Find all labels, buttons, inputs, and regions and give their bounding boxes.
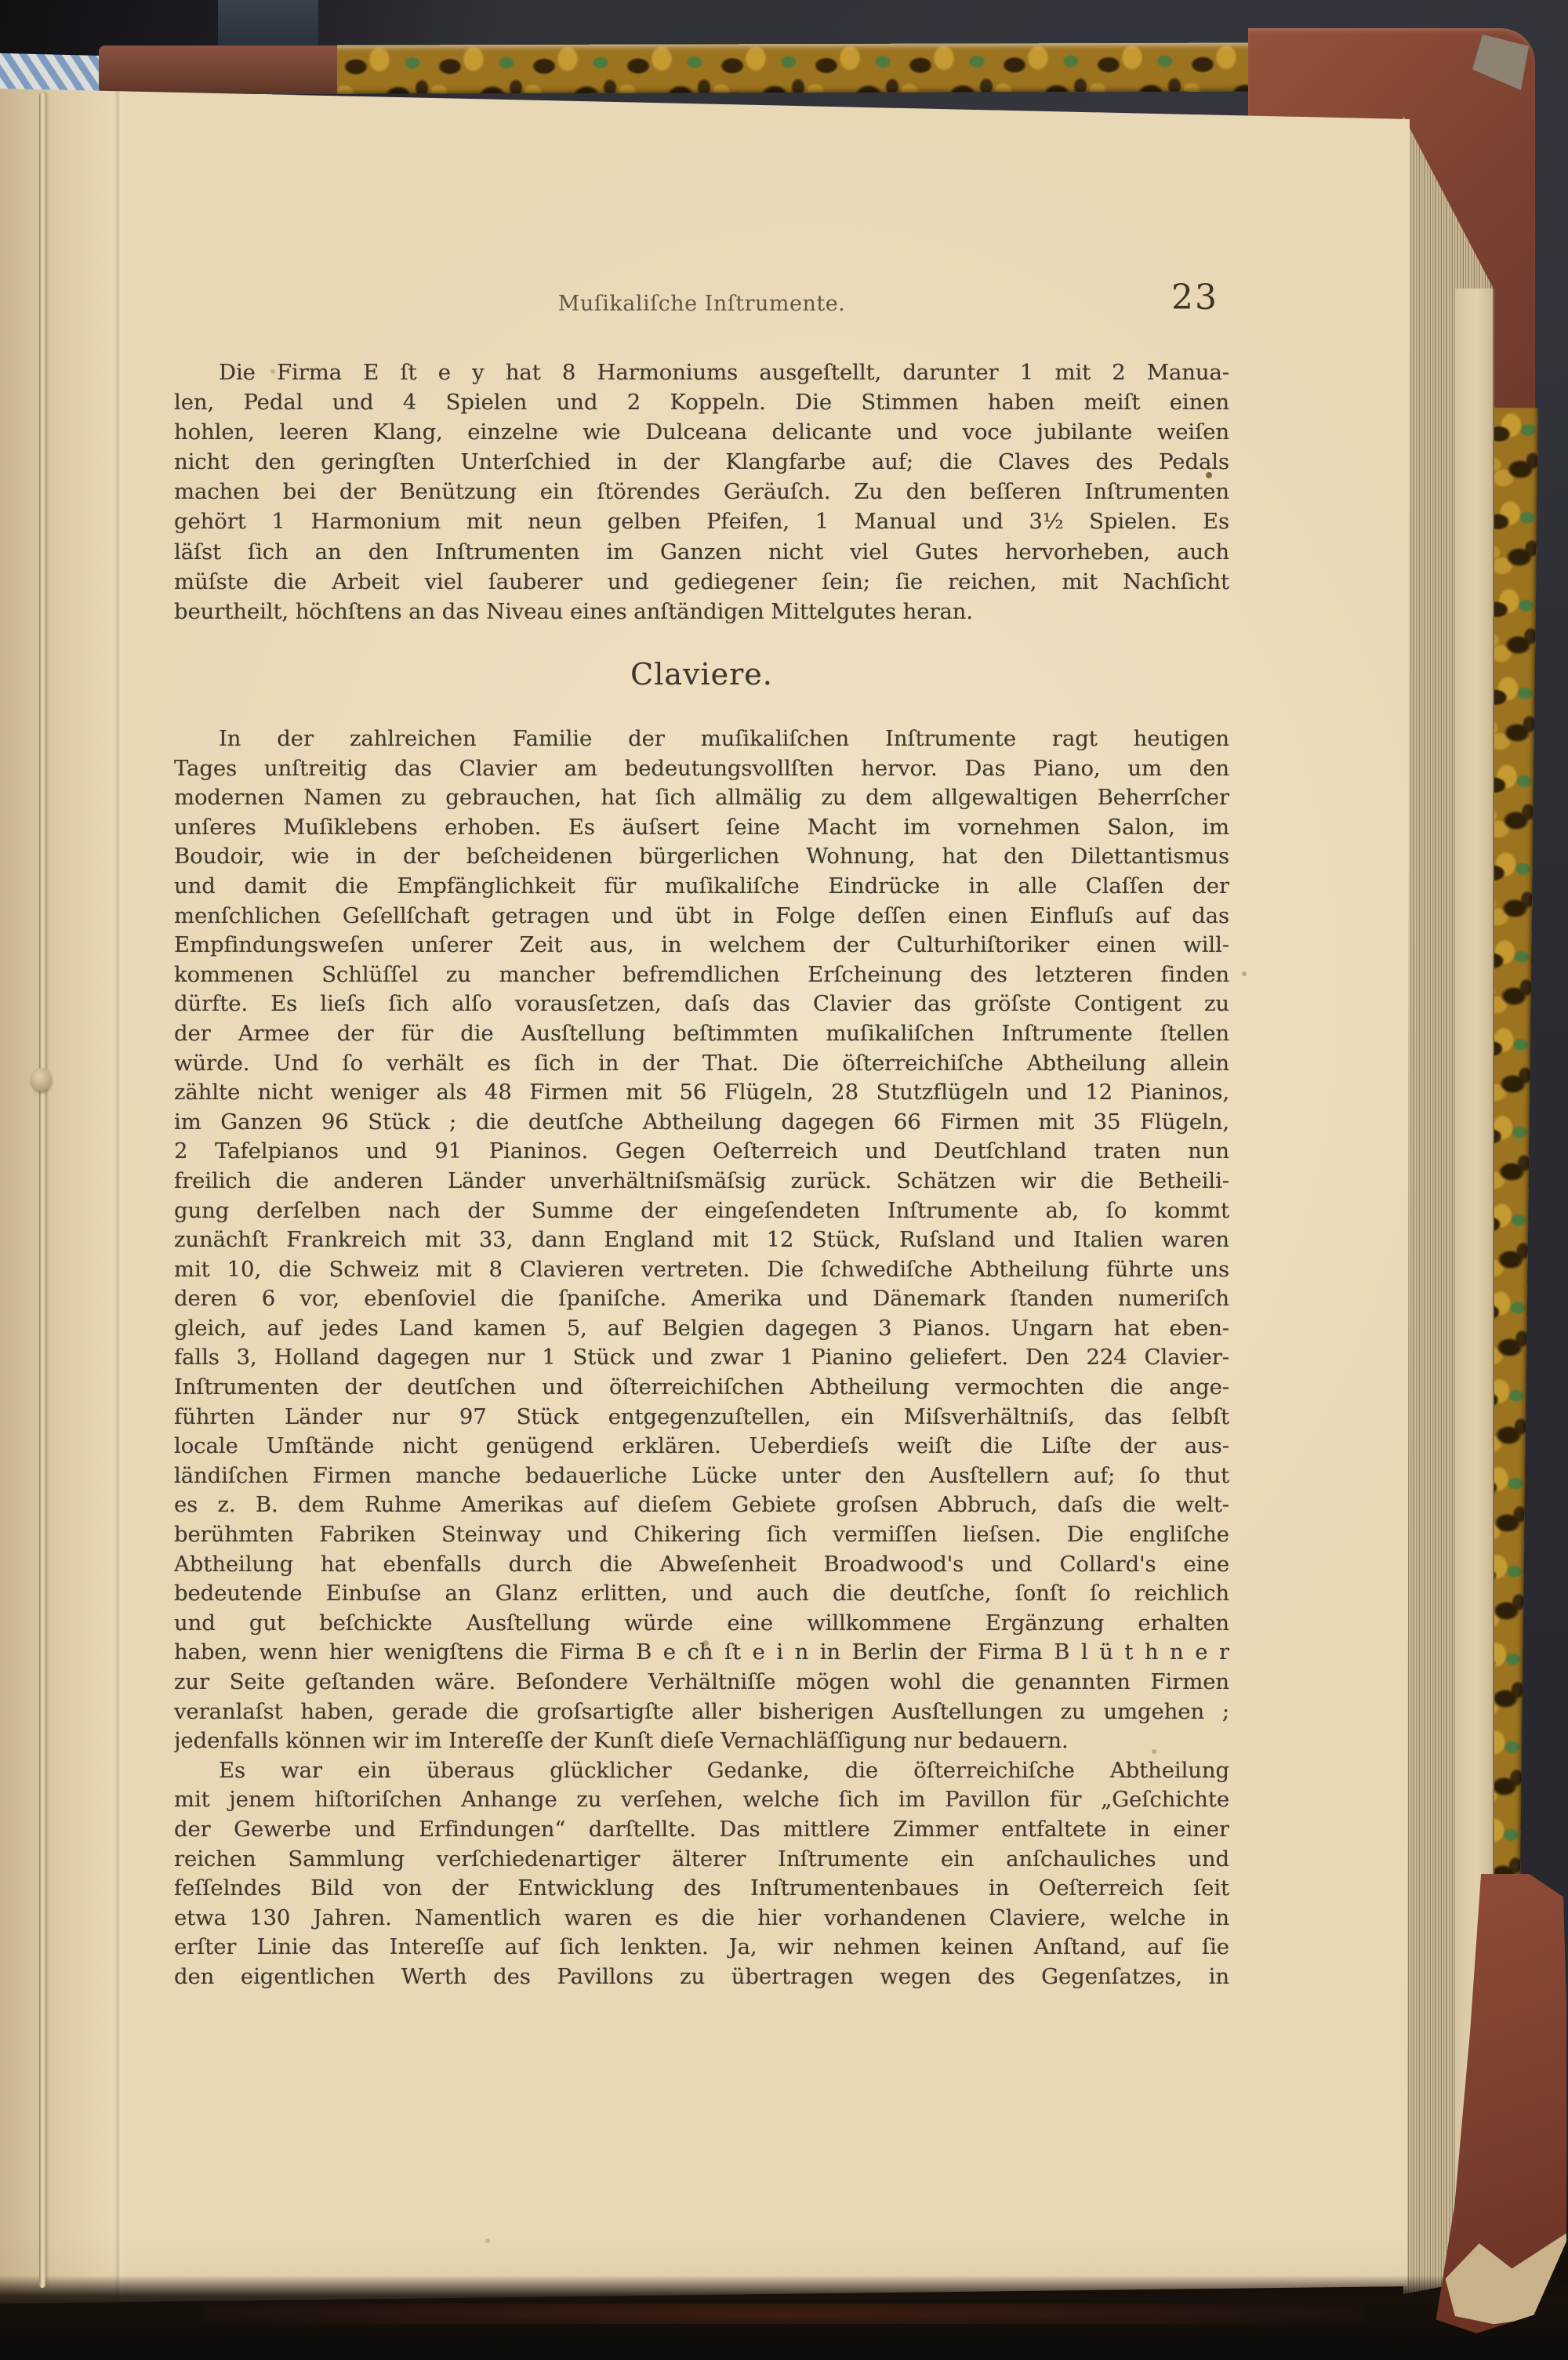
binding-thread [39,93,45,2288]
text-line: ländiſchen Firmen manche bedauerliche Lü… [174,1461,1229,1491]
text-line: Es war ein überaus glücklicher Gedanke, … [174,1756,1229,1786]
text-line: reichen Sammlung verſchiedenartiger älte… [174,1845,1229,1875]
binding-thread-knot [31,1068,52,1091]
page-number: 23 [1171,278,1218,318]
marbled-board-top-edge [337,42,1294,93]
text-line: freilich die anderen Länder unverhältniſ… [174,1167,1229,1196]
leather-spine-top-edge [99,45,358,94]
text-line: kommenen Schlüſſel zu mancher befremdlic… [174,960,1229,990]
text-line: 2 Tafelpianos und 91 Pianinos. Gegen Oeſ… [174,1137,1229,1167]
text-line: zur Seite geſtanden wäre. Beſondere Verh… [174,1668,1229,1697]
text-line: zählte nicht weniger als 48 Firmen mit 5… [174,1078,1229,1108]
text-line: gung derſelben nach der Summe der eingeſ… [174,1196,1229,1226]
text-line: machen bei der Benützung ein ſtörendes G… [174,477,1229,506]
text-line: es z. B. dem Ruhme Amerikas auf dieſem G… [174,1490,1229,1520]
text-line: gleich, auf jedes Land kamen 5, auf Belg… [174,1314,1229,1344]
text-line: führten Länder nur 97 Stück entgegenzuſt… [174,1403,1229,1432]
text-line: etwa 130 Jahren. Namentlich waren es die… [174,1904,1229,1933]
text-line: len, Pedal und 4 Spielen und 2 Koppeln. … [174,387,1229,417]
running-header: Muſikaliſche Inſtrumente. [174,292,1229,316]
text-line: haben, wenn hier wenigſtens die Firma B … [174,1638,1229,1668]
text-line: Boudoir, wie in der beſcheidenen bürgerl… [174,842,1229,872]
text-line: müſste die Arbeit viel ſauberer und gedi… [174,567,1229,597]
text-line: veranlaſst haben, gerade die groſsartigſ… [174,1697,1229,1727]
text-line: deren 6 vor, ebenſoviel die ſpaniſche. A… [174,1284,1229,1314]
text-line: feſſelndes Bild von der Entwicklung des … [174,1874,1229,1904]
paragraphs-claviere: In der zahlreichen Familie der muſikaliſ… [174,724,1229,1992]
text-line: hohlen, leeren Klang, einzelne wie Dulce… [174,417,1229,447]
text-line: mit jenem hiſtoriſchen Anhange zu verſeh… [174,1785,1229,1815]
text-line: zunächſt Frankreich mit 33, dann England… [174,1225,1229,1255]
text-line: Inſtrumenten der deutſchen und öſterreic… [174,1373,1229,1403]
text-line: menſchlichen Geſellſchaft getragen und ü… [174,902,1229,931]
foxing-specks [0,0,3,3]
scanned-book-photo: Muſikaliſche Inſtrumente. 23 Die Firma E… [0,0,1568,2360]
text-line: locale Umſtände nicht genügend erklären.… [174,1432,1229,1461]
text-line: gehört 1 Harmonium mit neun gelben Pfeif… [174,506,1229,536]
text-line: Abtheilung hat ebenfalls durch die Abweſ… [174,1550,1229,1580]
text-line: läſst ſich an den Inſtrumenten im Ganzen… [174,537,1229,567]
text-line: mit 10, die Schweiz mit 8 Clavieren vert… [174,1255,1229,1285]
text-line: berühmten Fabriken Steinway und Chikerin… [174,1520,1229,1550]
section-heading: Claviere. [174,657,1229,692]
text-line: und gut beſchickte Ausſtellung würde ein… [174,1609,1229,1639]
text-line: dürfte. Es lieſs ſich alſo vorausſetzen,… [174,989,1229,1019]
text-line: Die Firma E ſt e y hat 8 Harmoniums ausg… [174,358,1229,387]
leather-bottom-edge-glow [204,2304,1364,2324]
paragraph-harmoniums: Die Firma E ſt e y hat 8 Harmoniums ausg… [174,358,1229,626]
text-line: nicht den geringſten Unterſchied in der … [174,447,1229,477]
text-line: Empfindungsweſen unſerer Zeit aus, in we… [174,931,1229,960]
text-line: und damit die Empfänglichkeit für muſika… [174,872,1229,902]
text-line: jedenfalls können wir im Intereſſe der K… [174,1726,1229,1756]
text-line: Tages unſtreitig das Clavier am bedeutun… [174,754,1229,784]
text-line: bedeutende Einbuſse an Glanz erlitten, u… [174,1579,1229,1609]
text-line: der Gewerbe und Erfindungen“ darſtellte.… [174,1815,1229,1845]
text-line: In der zahlreichen Familie der muſikaliſ… [174,724,1229,754]
text-line: im Ganzen 96 Stück ; die deutſche Abthei… [174,1108,1229,1138]
text-line: erſter Linie das Intereſſe auf ſich lenk… [174,1933,1229,1962]
text-line: unſeres Muſiklebens erhoben. Es äuſsert … [174,813,1229,843]
text-line: falls 3, Holland dagegen nur 1 Stück und… [174,1343,1229,1373]
text-line: beurtheilt, höchſtens an das Niveau eine… [174,597,1229,626]
text-line: modernen Namen zu gebrauchen, hat ſich a… [174,783,1229,813]
text-line: der Armee der für die Ausſtellung beſtim… [174,1019,1229,1049]
text-line: den eigentlichen Werth des Pavillons zu … [174,1962,1229,1992]
background-shelf-edge [218,0,318,45]
text-line: würde. Und ſo verhält es ſich in der Tha… [174,1049,1229,1079]
